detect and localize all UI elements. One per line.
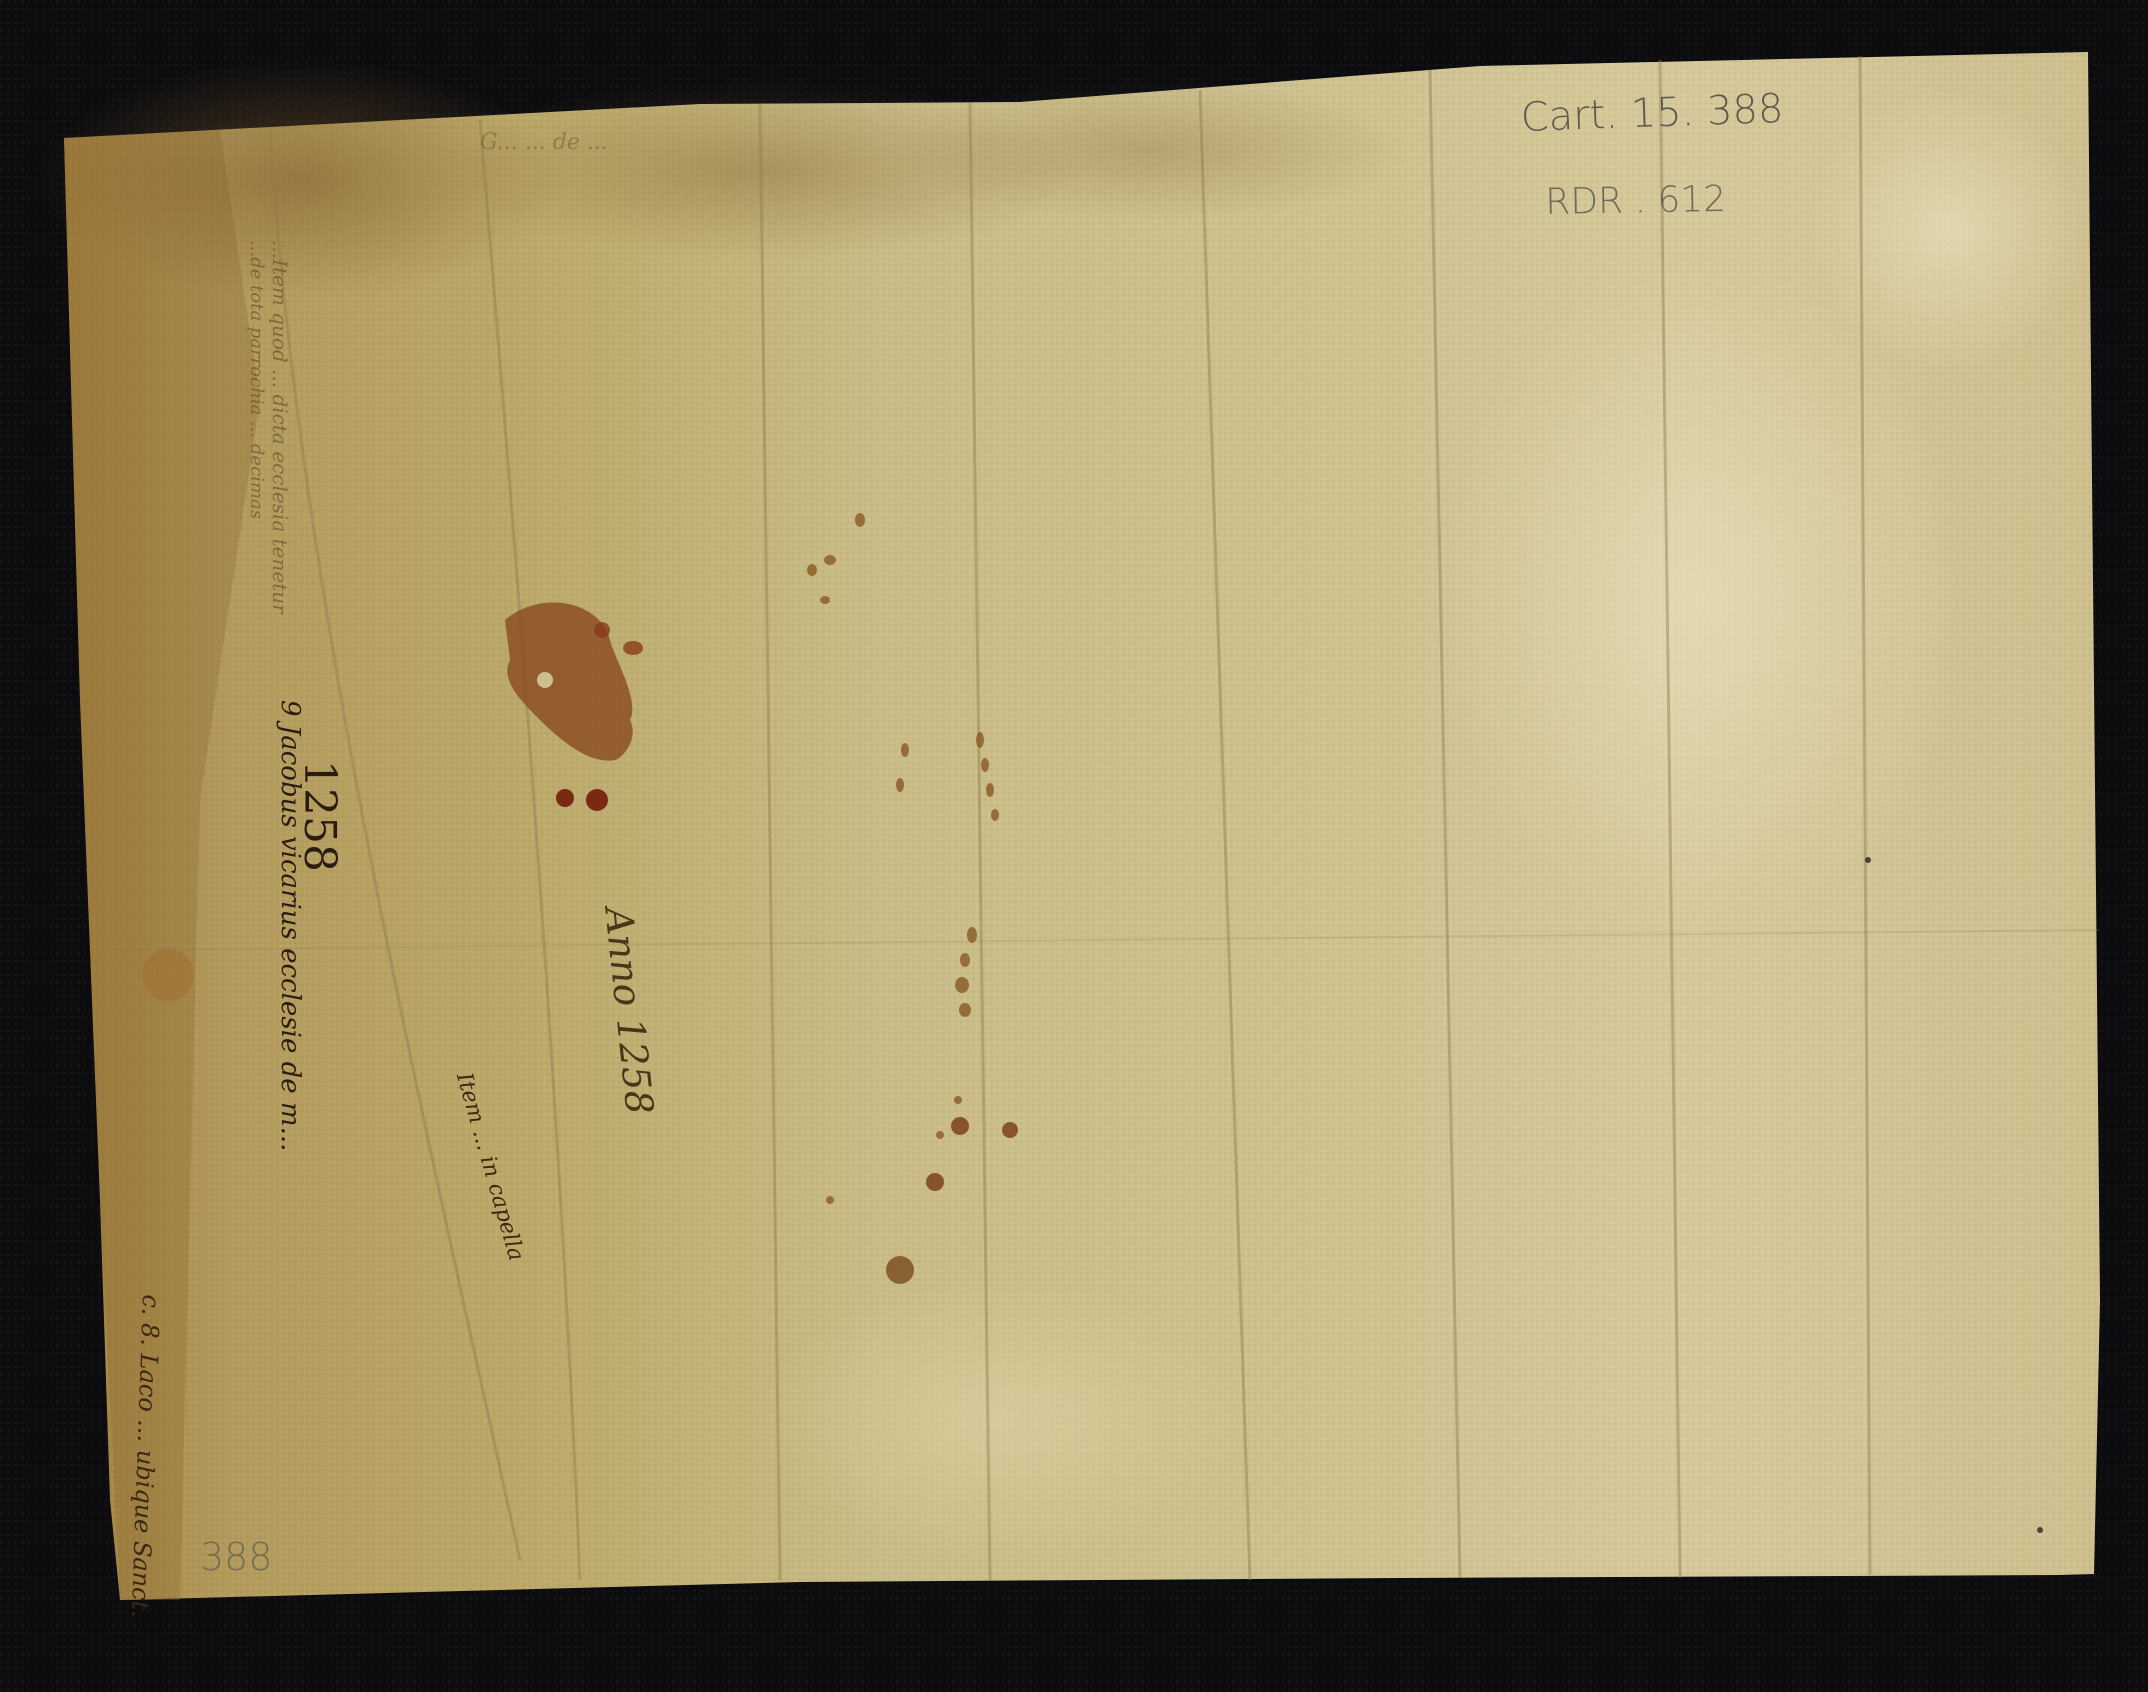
parchment-sheet: Cart. 15. 388 RDR . 612 388 9 Jacobus vi… xyxy=(0,0,2148,1692)
summary-line-3: ...de tota parrochia ... decimas xyxy=(246,240,267,519)
summary-line-2: ...Item quod ... dicta ecclesia tenetur xyxy=(268,240,292,614)
catalog-reference-annotation: RDR . 612 xyxy=(1545,179,1726,223)
top-faint-note: G... ... de ... xyxy=(480,130,608,155)
shelfmark-annotation: Cart. 15. 388 xyxy=(1520,86,1784,141)
bottom-number-annotation: 388 xyxy=(200,1535,273,1579)
vertical-date: 1258 xyxy=(294,760,345,872)
